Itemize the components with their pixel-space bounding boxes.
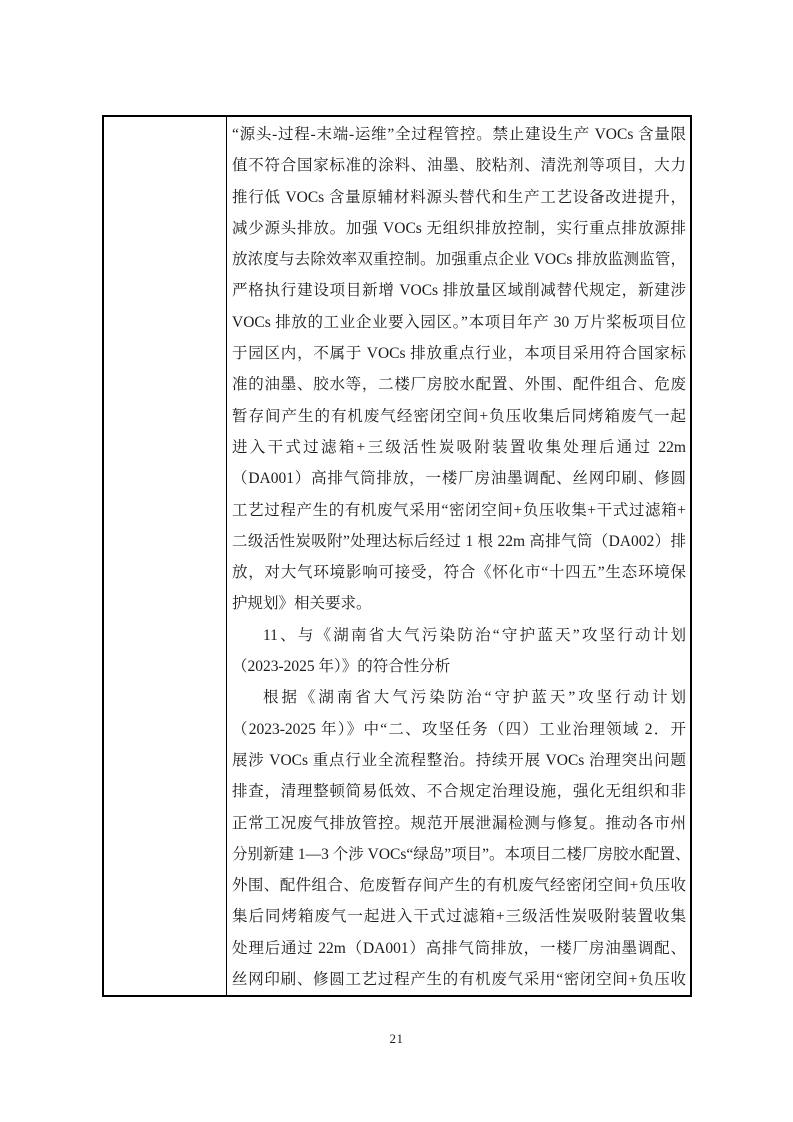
text-line: “源头-过程-末端-运维”全过程管控。禁止建设生产 VOCs 含量限 <box>232 119 686 150</box>
text-line: 根据《湖南省大气污染防治“守护蓝天”攻坚行动计划 <box>232 682 686 713</box>
text-line: 外围、配件组合、危废暂存间产生的有机废气经密闭空间+负压收 <box>232 870 686 901</box>
text-line: 进入干式过滤箱+三级活性炭吸附装置收集处理后通过 22m <box>232 432 686 463</box>
table-left-cell <box>104 117 227 995</box>
text-line: 放浓度与去除效率双重控制。加强重点企业 VOCs 排放监测监管， <box>232 244 686 275</box>
text-line: 暂存间产生的有机废气经密闭空间+负压收集后同烤箱废气一起 <box>232 401 686 432</box>
text-line: 处理后通过 22m（DA001）高排气筒排放，一楼厂房油墨调配、 <box>232 933 686 964</box>
text-line: 放，对大气环境影响可接受，符合《怀化市“十四五”生态环境保 <box>232 557 686 588</box>
text-line: 11、与《湖南省大气污染防治“守护蓝天”攻坚行动计划 <box>232 620 686 651</box>
text-line: 排查，清理整顿简易低效、不合规定治理设施，强化无组织和非 <box>232 776 686 807</box>
text-line: （2023-2025 年）》中“二、攻坚任务（四）工业治理领域 2．开 <box>232 714 686 745</box>
text-line: 集后同烤箱废气一起进入干式过滤箱+三级活性炭吸附装置收集 <box>232 901 686 932</box>
page-number: 21 <box>0 1031 793 1047</box>
document-page: { "page": { "number": "21", "background"… <box>0 0 793 1122</box>
content-table: “源头-过程-末端-运维”全过程管控。禁止建设生产 VOCs 含量限值不符合国家… <box>102 115 692 997</box>
text-line: （2023-2025 年）》的符合性分析 <box>232 651 686 682</box>
text-line: 丝网印刷、修圆工艺过程产生的有机废气采用“密闭空间+负压收 <box>232 964 686 995</box>
text-line: VOCs 排放的工业企业要入园区。”本项目年产 30 万片桨板项目位 <box>232 307 686 338</box>
table-right-cell: “源头-过程-末端-运维”全过程管控。禁止建设生产 VOCs 含量限值不符合国家… <box>227 117 690 995</box>
text-line: （DA001）高排气筒排放，一楼厂房油墨调配、丝网印刷、修圆 <box>232 463 686 494</box>
text-line: 分别新建 1—3 个涉 VOCs“绿岛”项目”。本项目二楼厂房胶水配置、 <box>232 839 686 870</box>
text-line: 值不符合国家标准的涂料、油墨、胶粘剂、清洗剂等项目，大力 <box>232 150 686 181</box>
text-line: 展涉 VOCs 重点行业全流程整治。持续开展 VOCs 治理突出问题 <box>232 745 686 776</box>
text-line: 于园区内，不属于 VOCs 排放重点行业，本项目采用符合国家标 <box>232 338 686 369</box>
text-line: 工艺过程产生的有机废气采用“密闭空间+负压收集+干式过滤箱+ <box>232 495 686 526</box>
text-line: 护规划》相关要求。 <box>232 588 686 619</box>
text-line: 减少源头排放。加强 VOCs 无组织排放控制，实行重点排放源排 <box>232 213 686 244</box>
text-line: 推行低 VOCs 含量原辅材料源头替代和生产工艺设备改进提升， <box>232 182 686 213</box>
text-line: 准的油墨、胶水等，二楼厂房胶水配置、外围、配件组合、危废 <box>232 369 686 400</box>
text-line: 二级活性炭吸附”处理达标后经过 1 根 22m 高排气筒（DA002）排 <box>232 526 686 557</box>
text-line: 正常工况废气排放管控。规范开展泄漏检测与修复。推动各市州 <box>232 808 686 839</box>
text-line: 严格执行建设项目新增 VOCs 排放量区域削减替代规定，新建涉 <box>232 275 686 306</box>
